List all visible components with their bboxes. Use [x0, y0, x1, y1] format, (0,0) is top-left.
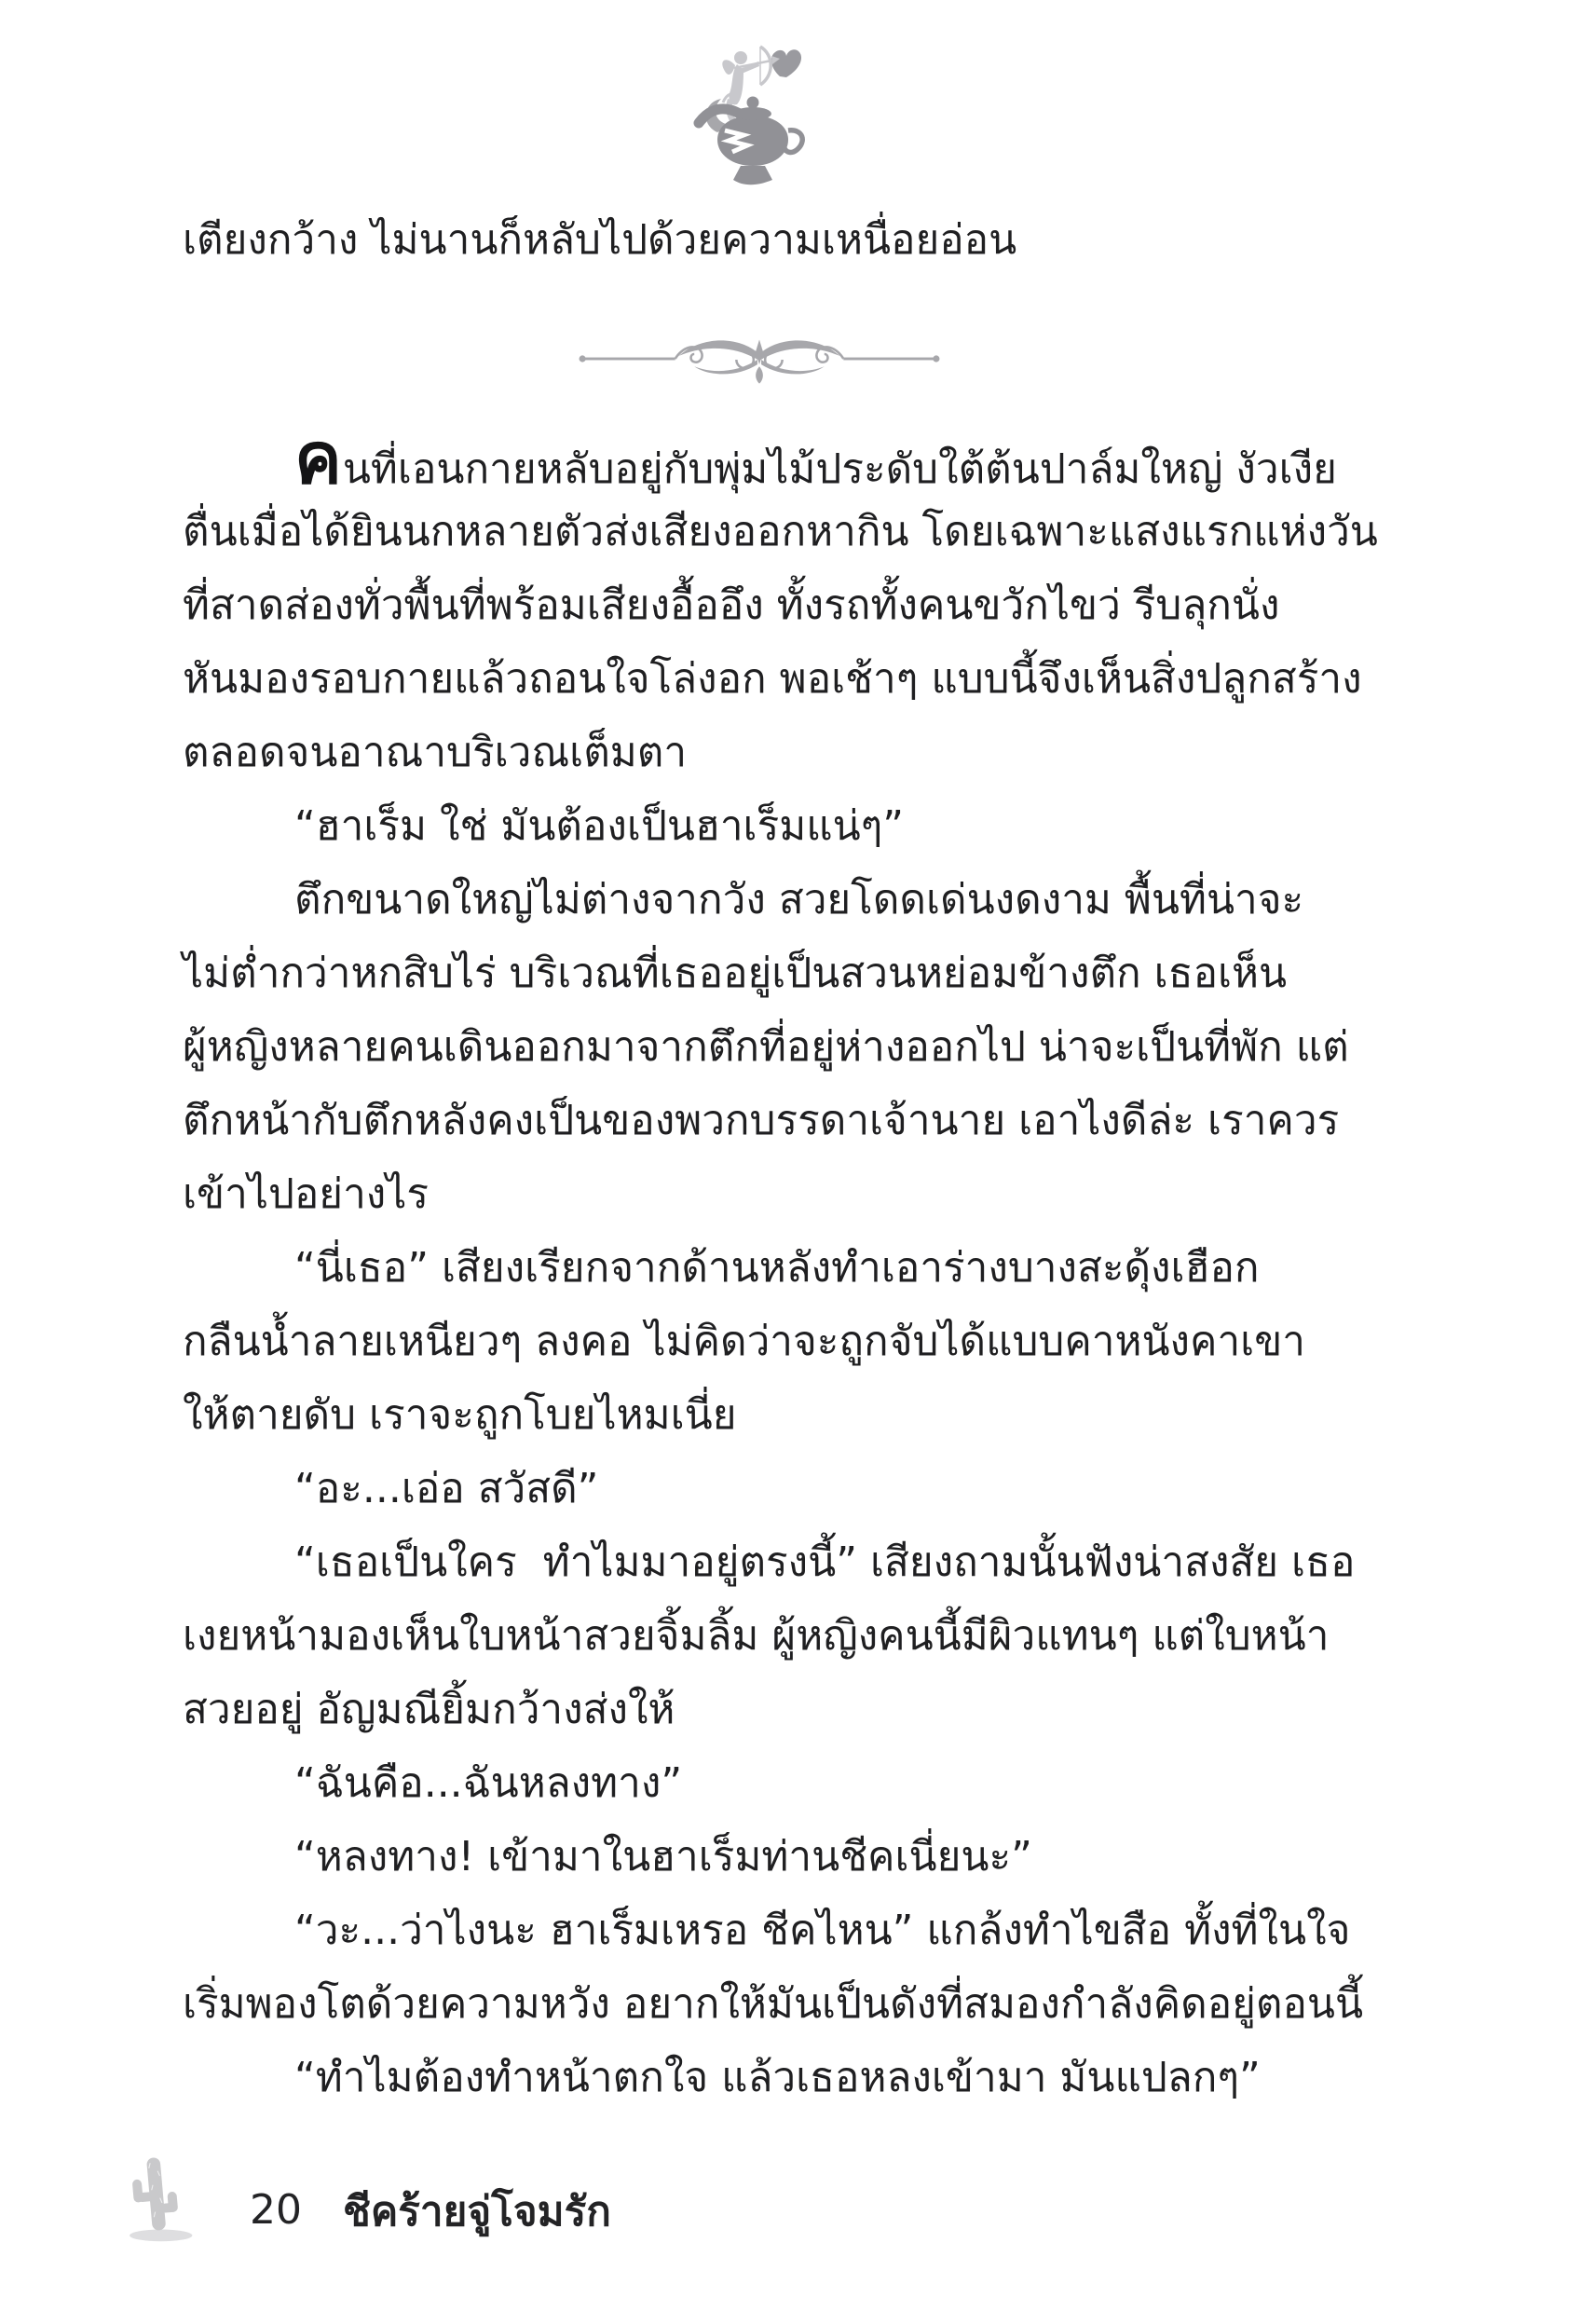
paragraph-line: เข้าไปอย่างไร [183, 1157, 1357, 1231]
paragraph-line: หันมองรอบกายแล้วถอนใจโล่งอก พอเช้าๆ แบบน… [183, 642, 1357, 716]
paragraph-line: สวยอยู่ อัญมณียิ้มกว้างส่งให้ [183, 1673, 1357, 1746]
line-text: นที่เอนกายหลับอยู่กับพุ่มไม้ประดับใต้ต้น… [343, 445, 1337, 493]
dialogue-line: “หลงทาง! เข้ามาในฮาเร็มท่านชีคเนี่ยนะ” [183, 1820, 1357, 1894]
dialogue-line: “นี่เธอ” เสียงเรียกจากด้านหลังทำเอาร่างบ… [183, 1231, 1357, 1305]
paragraph-line: ผู้หญิงหลายคนเดินออกมาจากตึกที่อยู่ห่างอ… [183, 1010, 1357, 1084]
page-number: 20 [250, 2190, 302, 2244]
genie-lamp-cupid-icon [689, 43, 820, 192]
paragraph-line: เงยหน้ามองเห็นใบหน้าสวยจิ้มลิ้ม ผู้หญิงค… [183, 1599, 1357, 1673]
flourish-divider-icon [578, 332, 941, 386]
carryover-line: เตียงกว้าง ไม่นานก็หลับไปด้วยความเหนื่อย… [183, 211, 1016, 270]
dialogue-line: “เธอเป็นใคร ทำไมมาอยู่ตรงนี้” เสียงถามนั… [183, 1525, 1357, 1599]
paragraph-line: ให้ตายดับ เราจะถูกโบยไหมเนี่ย [183, 1378, 1357, 1452]
dialogue-line: “อะ...เอ่อ สวัสดี” [183, 1452, 1357, 1525]
paragraph-line: ตึกหน้ากับตึกหลังคงเป็นของพวกบรรดาเจ้านา… [183, 1084, 1357, 1157]
paragraph-line: ตลอดจนอาณาบริเวณเต็มตา [183, 716, 1357, 789]
cactus-icon [117, 2151, 199, 2244]
paragraph-line: เริ่มพองโตด้วยความหวัง อยากให้มันเป็นดัง… [183, 1967, 1357, 2041]
body-text: คนที่เอนกายหลับอยู่กับพุ่มไม้ประดับใต้ต้… [183, 421, 1357, 2114]
dialogue-line: “ทำไมต้องทำหน้าตกใจ แล้วเธอหลงเข้ามา มัน… [183, 2041, 1357, 2114]
paragraph-line: ไม่ต่ำกว่าหกสิบไร่ บริเวณที่เธออยู่เป็นส… [183, 937, 1357, 1010]
book-title: ชีคร้ายจู่โจมรัก [343, 2192, 611, 2244]
paragraph-line: ตึกขนาดใหญ่ไม่ต่างจากวัง สวยโดดเด่นงดงาม… [183, 863, 1357, 937]
dialogue-line: “ฮาเร็ม ใช่ มันต้องเป็นฮาเร็มแน่ๆ” [183, 789, 1357, 863]
dialogue-line: “วะ...ว่าไงนะ ฮาเร็มเหรอ ชีคไหน” แกล้งทำ… [183, 1894, 1357, 1967]
drop-cap: ค [294, 417, 343, 499]
paragraph-line: คนที่เอนกายหลับอยู่กับพุ่มไม้ประดับใต้ต้… [183, 421, 1357, 495]
paragraph-line: กลืนน้ำลายเหนียวๆ ลงคอ ไม่คิดว่าจะถูกจับ… [183, 1305, 1357, 1378]
page-footer: 20 ชีคร้ายจู่โจมรัก [117, 2151, 611, 2244]
paragraph-line: ตื่นเมื่อได้ยินนกหลายตัวส่งเสียงออกหากิน… [183, 495, 1357, 568]
book-page: เตียงกว้าง ไม่นานก็หลับไปด้วยความเหนื่อย… [0, 0, 1596, 2311]
paragraph-line: ที่สาดส่องทั่วพื้นที่พร้อมเสียงอื้ออึง ท… [183, 568, 1357, 642]
dialogue-line: “ฉันคือ...ฉันหลงทาง” [183, 1746, 1357, 1820]
